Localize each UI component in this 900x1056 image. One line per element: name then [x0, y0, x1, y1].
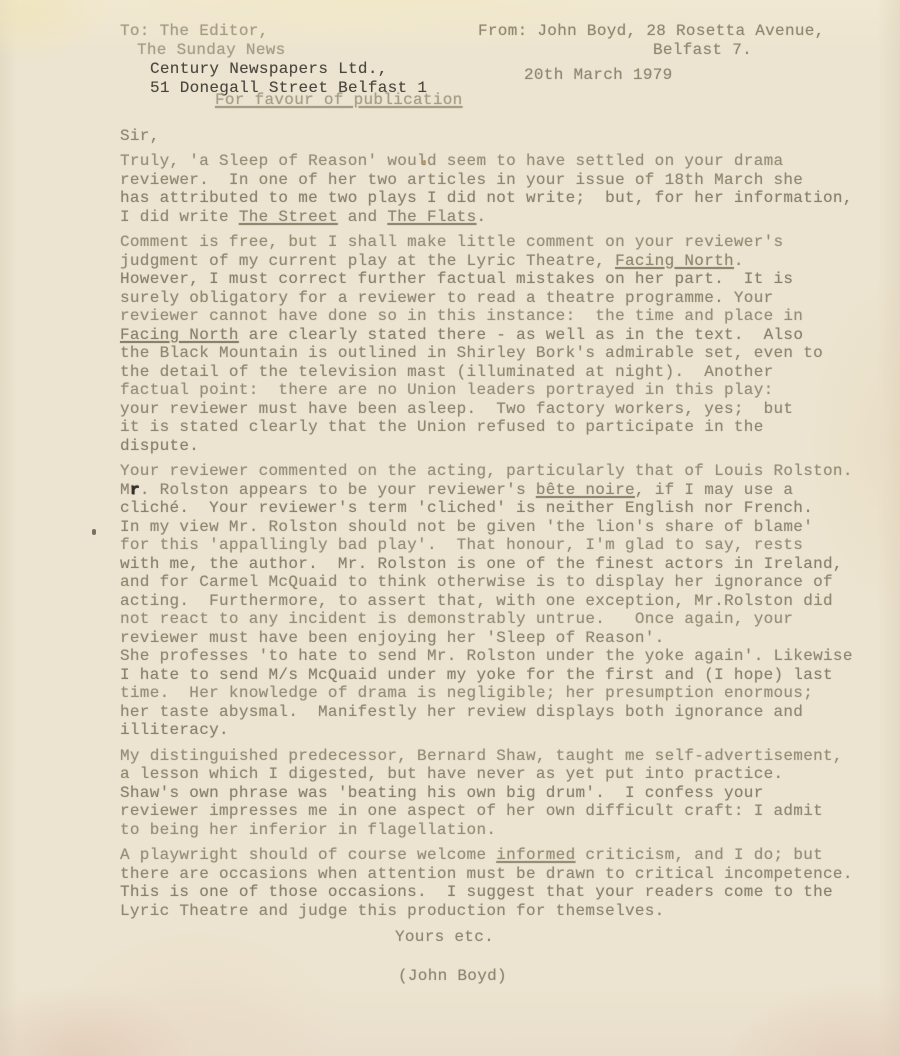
text-segment: I did write	[120, 208, 239, 226]
publication-note: For favour of publication	[215, 91, 463, 110]
text-segment: criticism, and I do; but	[575, 846, 823, 864]
text-segment: Lyric Theatre and judge this production …	[120, 902, 665, 920]
letter-line: reviewer cannot have done so in this ins…	[120, 307, 888, 326]
letter-line: factual point: there are no Union leader…	[120, 381, 888, 400]
underlined-title: The Flats	[387, 208, 476, 226]
text-segment: time. Her knowledge of drama is negligib…	[120, 684, 813, 702]
underlined-title: Facing North	[120, 326, 239, 344]
sender-line-2: Belfast 7.	[653, 41, 752, 60]
letter-body: Truly, 'a Sleep of Reason' would seem to…	[120, 152, 888, 927]
text-segment: the detail of the television mast (illum…	[120, 363, 774, 381]
letter-line: to being her inferior in flagellation.	[120, 821, 888, 840]
letter-line: a lesson which I digested, but have neve…	[120, 765, 888, 784]
text-segment: with me, the author. Mr. Rolston is one …	[120, 555, 843, 573]
text-segment: for this 'appallingly bad play'. That ho…	[120, 536, 803, 554]
letter-line: cliché. Your reviewer's term 'cliched' i…	[120, 499, 888, 518]
text-segment: factual point: there are no Union leader…	[120, 381, 774, 399]
ink-fleck	[423, 160, 426, 164]
underlined-title: bête noire	[536, 481, 635, 499]
letter-date: 20th March 1979	[524, 66, 673, 85]
paragraph: Comment is free, but I shall make little…	[120, 233, 888, 455]
text-segment: reviewer cannot have done so in this ins…	[120, 307, 803, 325]
text-segment: I hate to send M/s McQuaid under my yoke…	[120, 666, 833, 684]
letter-line: Truly, 'a Sleep of Reason' would seem to…	[120, 152, 888, 171]
letter-line: I hate to send M/s McQuaid under my yoke…	[120, 666, 888, 685]
letter-line: reviewer. In one of her two articles in …	[120, 171, 888, 190]
text-segment: reviewer. In one of her two articles in …	[120, 171, 803, 189]
text-segment: surely obligatory for a reviewer to read…	[120, 289, 774, 307]
paragraph: Your reviewer commented on the acting, p…	[120, 462, 888, 740]
letter-line: dispute.	[120, 437, 888, 456]
underlined-title: The Street	[239, 208, 338, 226]
text-segment: Shaw's own phrase was 'beating his own b…	[120, 784, 764, 802]
text-segment: it is stated clearly that the Union refu…	[120, 418, 764, 436]
letter-line: the Black Mountain is outlined in Shirle…	[120, 344, 888, 363]
text-segment: .	[734, 252, 744, 270]
text-segment: and for Carmel McQuaid to think otherwis…	[120, 573, 833, 591]
underlined-title: informed	[496, 846, 575, 864]
letter-line: and for Carmel McQuaid to think otherwis…	[120, 573, 888, 592]
letter-line: However, I must correct further factual …	[120, 270, 888, 289]
letter-line: I did write The Street and The Flats.	[120, 208, 888, 227]
text-segment: your reviewer must have been asleep. Two…	[120, 400, 793, 418]
letter-line: surely obligatory for a reviewer to read…	[120, 289, 888, 308]
text-segment: My distinguished predecessor, Bernard Sh…	[120, 747, 843, 765]
text-segment: . Rolston appears to be your reviewer's	[140, 481, 536, 499]
letter-line: judgment of my current play at the Lyric…	[120, 252, 888, 271]
text-segment: Truly, 'a Sleep of Reason' would seem to…	[120, 152, 783, 170]
sender-line-1: From: John Boyd, 28 Rosetta Avenue,	[478, 22, 825, 41]
letter-line: the detail of the television mast (illum…	[120, 363, 888, 382]
text-segment: She professes 'to hate to send Mr. Rolst…	[120, 647, 853, 665]
text-segment: reviewer must have been enjoying her 'Sl…	[120, 629, 665, 647]
text-segment: Your reviewer commented on the acting, p…	[120, 462, 853, 480]
closing: Yours etc.	[395, 928, 494, 947]
letter-line: reviewer must have been enjoying her 'Sl…	[120, 629, 888, 648]
letter-line: it is stated clearly that the Union refu…	[120, 418, 888, 437]
letter-line: Lyric Theatre and judge this production …	[120, 902, 888, 921]
text-segment: acting. Furthermore, to assert that, wit…	[120, 592, 833, 610]
signature: (John Boyd)	[398, 967, 507, 986]
margin-mark	[92, 529, 96, 535]
text-segment: to being her inferior in flagellation.	[120, 821, 496, 839]
text-segment: This is one of those occasions. I sugges…	[120, 883, 833, 901]
text-segment: her taste abysmal. Manifestly her review…	[120, 703, 803, 721]
recipient-line-1: To: The Editor,	[120, 22, 269, 41]
text-segment: illiteracy.	[120, 721, 229, 739]
letter-line: not react to any incident is demonstrabl…	[120, 610, 888, 629]
text-segment: dispute.	[120, 437, 199, 455]
overstrike-correction: r	[130, 481, 140, 499]
text-segment: not react to any incident is demonstrabl…	[120, 610, 793, 628]
letter-line: Facing North are clearly stated there - …	[120, 326, 888, 345]
text-segment: are clearly stated there - as well as in…	[239, 326, 803, 344]
letter-line: there are occasions when attention must …	[120, 865, 888, 884]
recipient-line-3: Century Newspapers Ltd.,	[150, 60, 388, 79]
letter-line: This is one of those occasions. I sugges…	[120, 883, 888, 902]
paragraph: A playwright should of course welcome in…	[120, 846, 888, 920]
text-segment: there are occasions when attention must …	[120, 865, 853, 883]
text-segment: a lesson which I digested, but have neve…	[120, 765, 783, 783]
text-segment: and	[338, 208, 388, 226]
text-segment: judgment of my current play at the Lyric…	[120, 252, 615, 270]
letter-line: A playwright should of course welcome in…	[120, 846, 888, 865]
letter-line: Your reviewer commented on the acting, p…	[120, 462, 888, 481]
text-segment: In my view Mr. Rolston should not be giv…	[120, 518, 813, 536]
letter-line: Mr. Rolston appears to be your reviewer'…	[120, 481, 888, 500]
letter-line: acting. Furthermore, to assert that, wit…	[120, 592, 888, 611]
text-segment: M	[120, 481, 130, 499]
text-segment: the Black Mountain is outlined in Shirle…	[120, 344, 823, 362]
text-segment: , if I may use a	[635, 481, 793, 499]
text-segment: Comment is free, but I shall make little…	[120, 233, 783, 251]
letter-line: with me, the author. Mr. Rolston is one …	[120, 555, 888, 574]
letter-line: She professes 'to hate to send Mr. Rolst…	[120, 647, 888, 666]
letter-line: for this 'appallingly bad play'. That ho…	[120, 536, 888, 555]
letter-line: your reviewer must have been asleep. Two…	[120, 400, 888, 419]
letter-line: My distinguished predecessor, Bernard Sh…	[120, 747, 888, 766]
letter-line: Shaw's own phrase was 'beating his own b…	[120, 784, 888, 803]
letter-page: To: The Editor, The Sunday News Century …	[0, 0, 900, 1056]
text-segment: A playwright should of course welcome	[120, 846, 496, 864]
text-segment: reviewer impresses me in one aspect of h…	[120, 802, 823, 820]
paragraph: Truly, 'a Sleep of Reason' would seem to…	[120, 152, 888, 226]
letter-line: illiteracy.	[120, 721, 888, 740]
letter-line: time. Her knowledge of drama is negligib…	[120, 684, 888, 703]
letter-line: reviewer impresses me in one aspect of h…	[120, 802, 888, 821]
letter-line: In my view Mr. Rolston should not be giv…	[120, 518, 888, 537]
letter-line: has attributed to me two plays I did not…	[120, 189, 888, 208]
letter-line: Comment is free, but I shall make little…	[120, 233, 888, 252]
salutation: Sir,	[120, 127, 160, 146]
underlined-title: Facing North	[615, 252, 734, 270]
text-segment: has attributed to me two plays I did not…	[120, 189, 853, 207]
paragraph: My distinguished predecessor, Bernard Sh…	[120, 747, 888, 840]
letter-line: her taste abysmal. Manifestly her review…	[120, 703, 888, 722]
text-segment: .	[476, 208, 486, 226]
text-segment: cliché. Your reviewer's term 'cliched' i…	[120, 499, 813, 517]
text-segment: However, I must correct further factual …	[120, 270, 793, 288]
recipient-line-2: The Sunday News	[137, 41, 286, 60]
